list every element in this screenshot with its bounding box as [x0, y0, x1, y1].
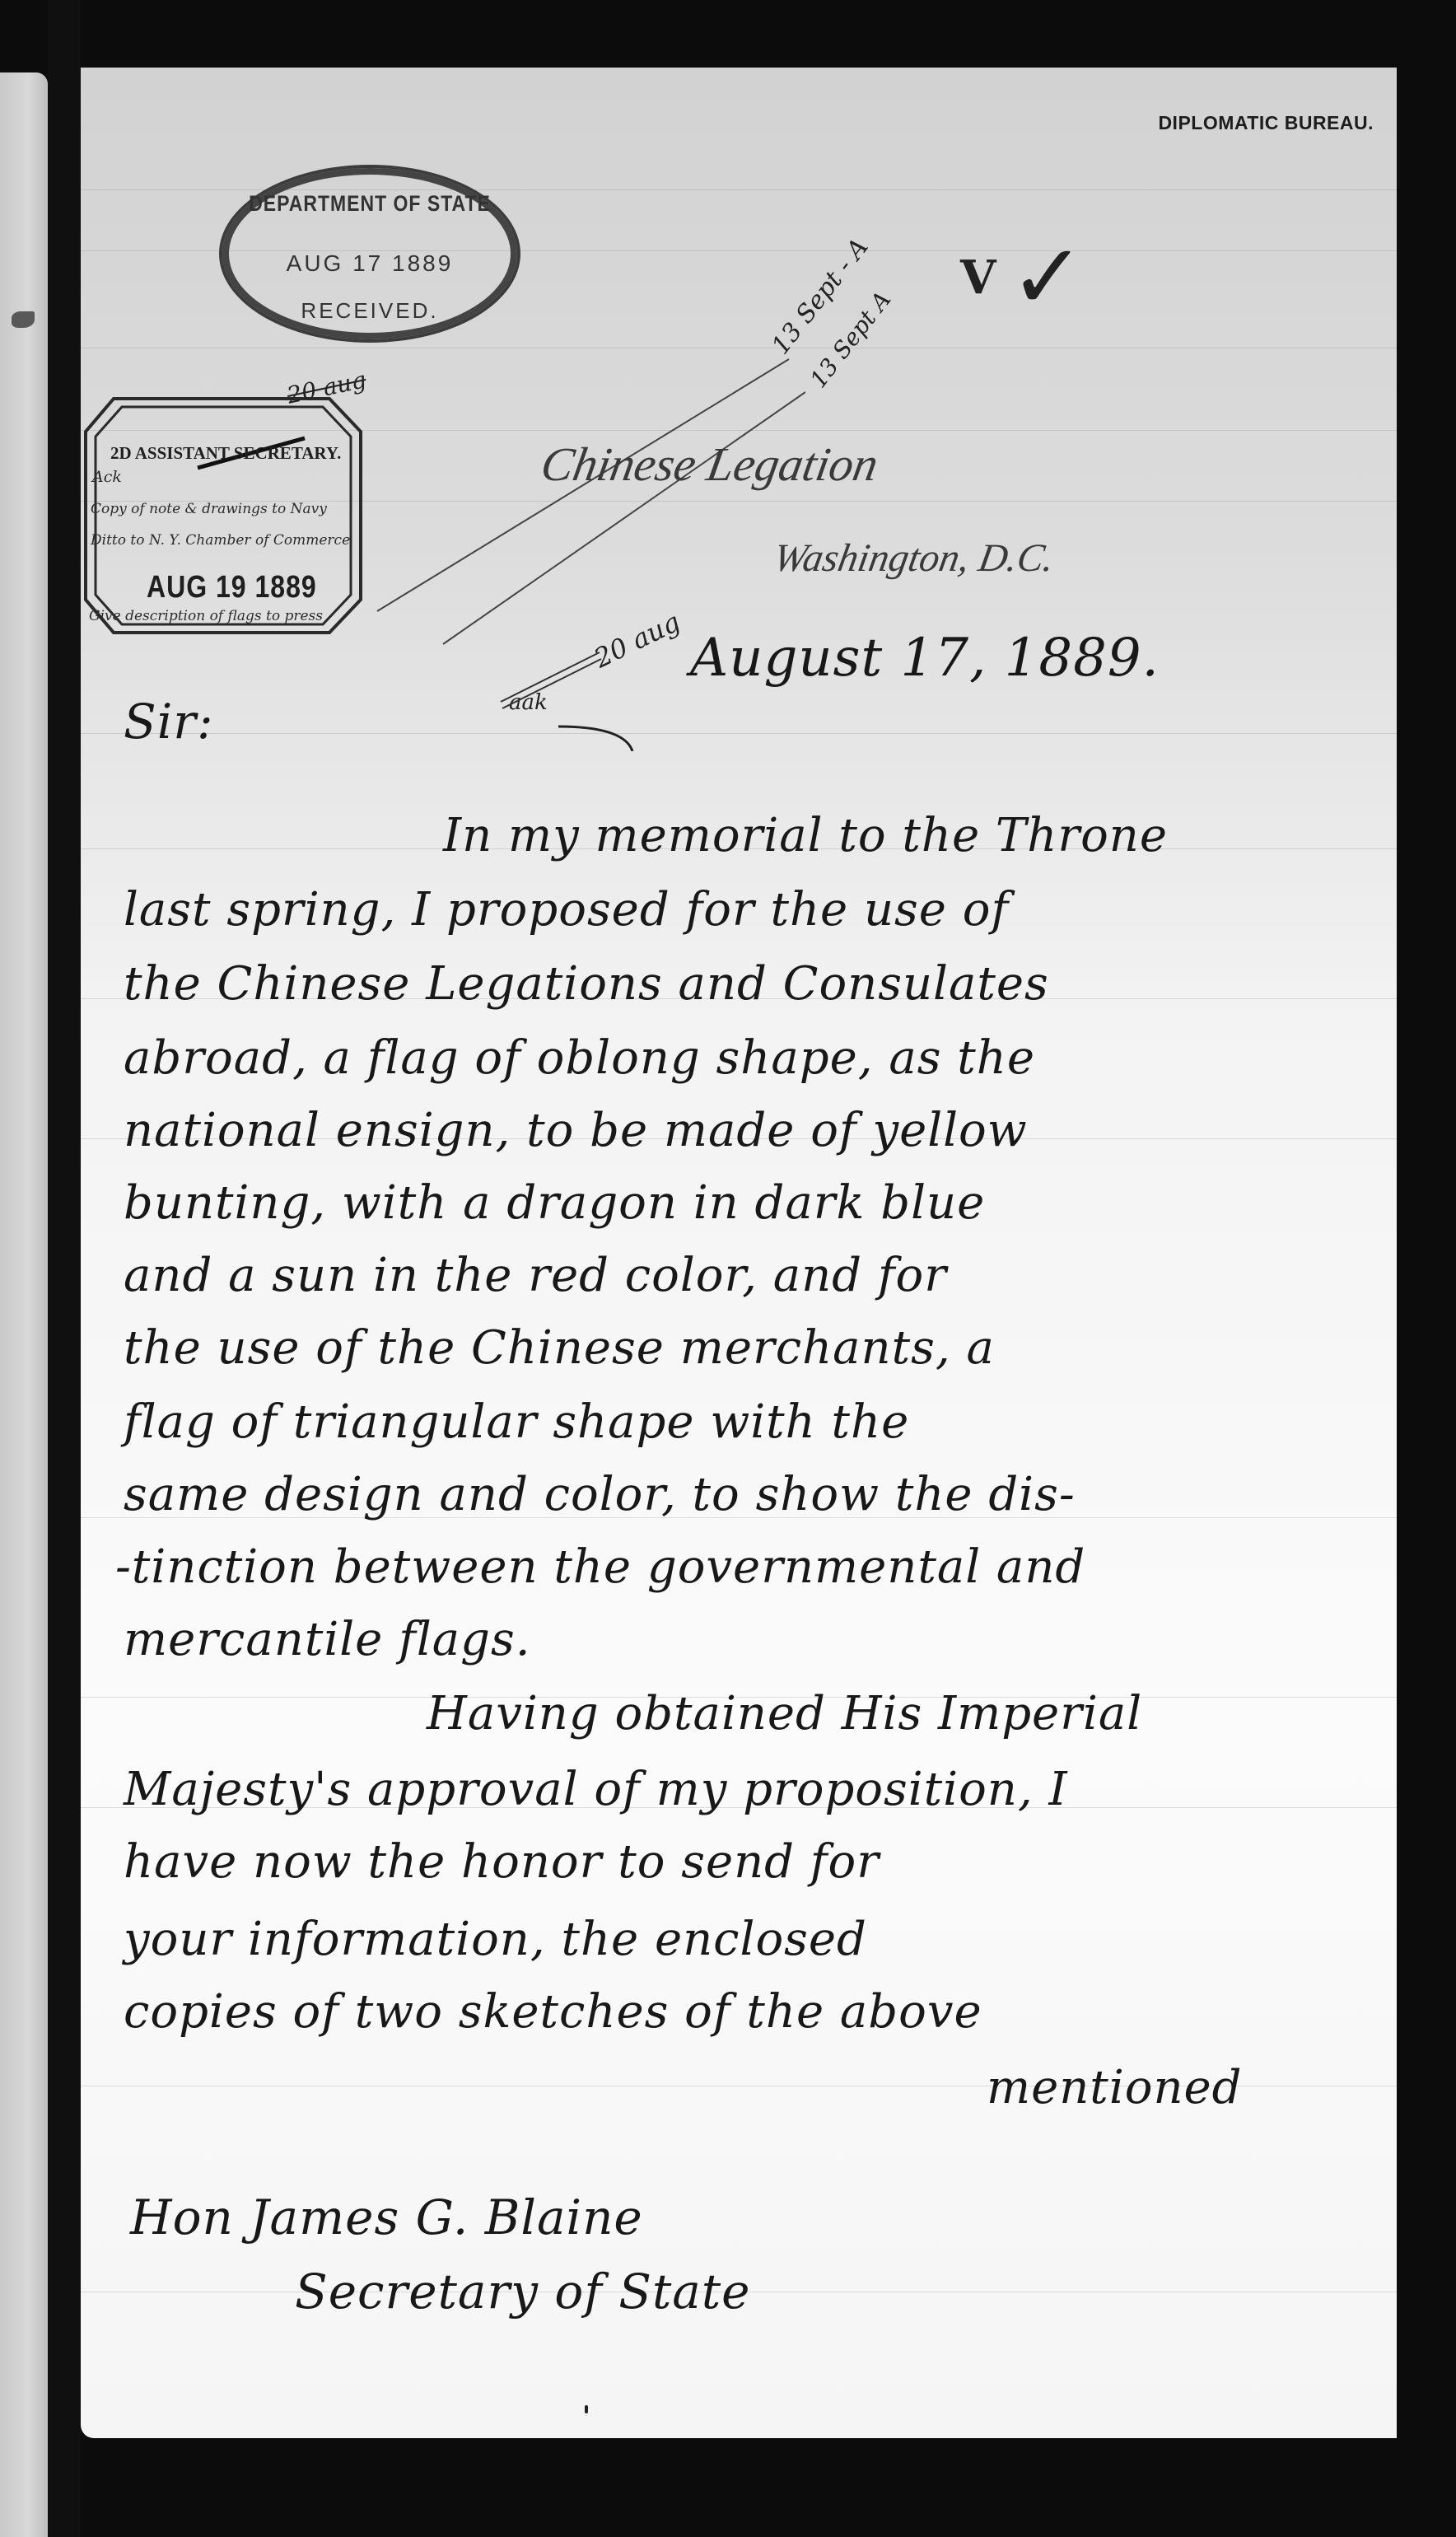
body-line: mercantile flags.	[124, 1613, 531, 1666]
body-line: the use of the Chinese merchants, a	[124, 1321, 995, 1375]
body-line: national ensign, to be made of yellow	[124, 1104, 1028, 1157]
letterhead-place: Washington, D.C.	[770, 535, 1057, 581]
letter-date: August 17, 1889.	[690, 628, 1160, 689]
catchword: mentioned	[987, 2061, 1243, 2114]
diplomatic-bureau-header: DIPLOMATIC BUREAU.	[1158, 112, 1374, 134]
salutation: Sir:	[124, 694, 214, 750]
binding-gutter	[48, 0, 81, 2537]
body-line: copies of two sketches of the above	[124, 1985, 982, 2039]
ink-smudge	[12, 311, 35, 328]
body-line: same design and color, to show the dis-	[124, 1468, 1076, 1521]
received-stamp: DEPARTMENT OF STATE AUG 17 1889 RECEIVED…	[219, 165, 520, 343]
body-line: last spring, I proposed for the use of	[124, 883, 1009, 937]
letterhead-name: Chinese Legation	[537, 437, 882, 492]
body-line: Majesty's approval of my proposition, I	[124, 1763, 1068, 1816]
body-line: bunting, with a dragon in dark blue	[124, 1176, 985, 1230]
addressee-title: Secretary of State	[295, 2264, 750, 2320]
stamp-date: AUG 19 1889	[147, 568, 317, 605]
stamp-note-press: Give description of flags to press	[89, 608, 323, 624]
received-stamp-department: DEPARTMENT OF STATE	[222, 191, 517, 217]
body-line: flag of triangular shape with the	[124, 1395, 909, 1449]
body-line: and a sun in the red color, and for	[124, 1249, 947, 1302]
check-mark-icon: ✓	[1010, 224, 1085, 329]
ink-dot	[585, 2405, 588, 2413]
received-stamp-date: AUG 17 1889	[222, 250, 517, 277]
annotation-lines	[295, 339, 805, 751]
body-line: Having obtained His Imperial	[427, 1687, 1142, 1740]
body-line: abroad, a flag of oblong shape, as the	[124, 1031, 1035, 1085]
body-line: the Chinese Legations and Consulates	[124, 957, 1049, 1011]
previous-page-edge	[0, 72, 48, 2537]
body-line: In my memorial to the Throne	[443, 809, 1168, 862]
body-line: your information, the enclosed	[124, 1913, 867, 1966]
body-line: -tinction between the governmental and	[115, 1540, 1085, 1594]
stamp-note-ack: Ack	[92, 468, 122, 486]
letter-page: DIPLOMATIC BUREAU. DEPARTMENT OF STATE A…	[81, 68, 1397, 2438]
addressee-name: Hon James G. Blaine	[130, 2189, 643, 2245]
body-line: have now the honor to send for	[124, 1835, 880, 1889]
received-stamp-label: RECEIVED.	[222, 298, 517, 324]
small-check-mark: V	[960, 250, 996, 305]
stamp-note-navy: Copy of note & drawings to Navy	[91, 501, 327, 517]
